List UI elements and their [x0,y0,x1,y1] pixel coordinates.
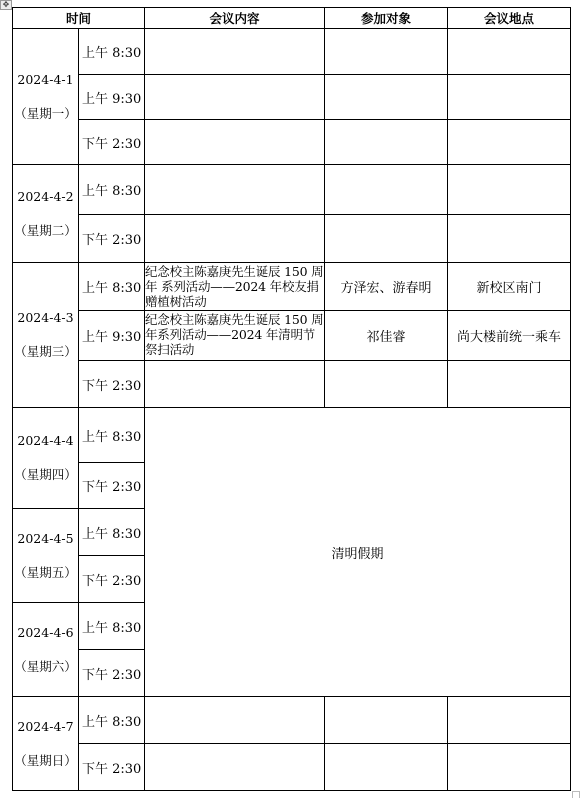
date: 2024-4-6 [13,616,78,650]
location-cell[interactable] [448,215,571,263]
attendees-cell[interactable] [325,120,448,165]
holiday-cell: 清明假期 [145,408,571,697]
content-cell[interactable] [145,744,325,791]
header-location: 会议地点 [448,8,571,29]
time-slot: 下午 2:30 [79,215,145,263]
content-cell[interactable] [145,120,325,165]
date: 2024-4-4 [13,424,78,458]
location-cell[interactable] [448,29,571,75]
weekday: （星期二） [13,214,78,248]
header-row: 时间 会议内容 参加对象 会议地点 [13,8,571,29]
time-slot: 上午 8:30 [79,263,145,311]
attendees-cell[interactable] [325,361,448,408]
table-row: 2024-4-1（星期一） 上午 8:30 [13,29,571,75]
content-cell[interactable]: 纪念校主陈嘉庚先生诞辰 150 周年系列活动——2024 年清明节祭扫活动 [145,311,325,361]
meeting-schedule-table: 时间 会议内容 参加对象 会议地点 2024-4-1（星期一） 上午 8:30 … [12,7,571,791]
content-cell[interactable] [145,697,325,744]
table-row: 2024-4-2（星期二） 上午 8:30 [13,165,571,215]
content-cell[interactable] [145,215,325,263]
time-slot: 上午 8:30 [79,603,145,650]
table-row: 下午 2:30 [13,361,571,408]
table-row: 下午 2:30 [13,215,571,263]
table-row: 下午 2:30 [13,120,571,165]
table-row: 下午 2:30 [13,744,571,791]
time-slot: 上午 8:30 [79,165,145,215]
table-resize-handle[interactable] [572,791,580,798]
location-cell[interactable] [448,165,571,215]
time-slot: 下午 2:30 [79,361,145,408]
content-cell[interactable] [145,165,325,215]
date: 2024-4-1 [13,63,78,97]
attendees-cell[interactable] [325,29,448,75]
location-cell[interactable]: 尚大楼前统一乘车 [448,311,571,361]
content-cell[interactable] [145,361,325,408]
location-cell[interactable] [448,744,571,791]
content-cell[interactable] [145,75,325,120]
table-row: 2024-4-4（星期四） 上午 8:30 清明假期 [13,408,571,463]
location-cell[interactable] [448,361,571,408]
date: 2024-4-5 [13,522,78,556]
weekday: （星期三） [13,335,78,369]
date-cell: 2024-4-2（星期二） [13,165,79,263]
table-row: 2024-4-7（星期日） 上午 8:30 [13,697,571,744]
header-time: 时间 [13,8,145,29]
weekday: （星期日） [13,744,78,778]
attendees-cell[interactable]: 祁佳睿 [325,311,448,361]
time-slot: 上午 8:30 [79,29,145,75]
date-cell: 2024-4-4（星期四） [13,408,79,509]
time-slot: 下午 2:30 [79,463,145,509]
time-slot: 上午 9:30 [79,311,145,361]
weekday: （星期五） [13,556,78,590]
date: 2024-4-2 [13,180,78,214]
location-cell[interactable] [448,120,571,165]
time-slot: 上午 8:30 [79,509,145,556]
date-cell: 2024-4-6（星期六） [13,603,79,697]
location-cell[interactable] [448,75,571,120]
header-content: 会议内容 [145,8,325,29]
attendees-cell[interactable]: 方泽宏、游春明 [325,263,448,311]
time-slot: 上午 8:30 [79,697,145,744]
date-cell: 2024-4-1（星期一） [13,29,79,165]
location-cell[interactable]: 新校区南门 [448,263,571,311]
attendees-cell[interactable] [325,744,448,791]
weekday: （星期一） [13,97,78,131]
attendees-cell[interactable] [325,697,448,744]
table-row: 上午 9:30 [13,75,571,120]
time-slot: 下午 2:30 [79,744,145,791]
date-cell: 2024-4-5（星期五） [13,509,79,603]
time-slot: 上午 9:30 [79,75,145,120]
table-row: 2024-4-3（星期三） 上午 8:30 纪念校主陈嘉庚先生诞辰 150 周年… [13,263,571,311]
location-cell[interactable] [448,697,571,744]
date-cell: 2024-4-3（星期三） [13,263,79,408]
date-cell: 2024-4-7（星期日） [13,697,79,791]
attendees-cell[interactable] [325,75,448,120]
time-slot: 下午 2:30 [79,556,145,603]
date: 2024-4-7 [13,710,78,744]
date: 2024-4-3 [13,301,78,335]
header-attendees: 参加对象 [325,8,448,29]
content-cell[interactable] [145,29,325,75]
table-row: 上午 9:30 纪念校主陈嘉庚先生诞辰 150 周年系列活动——2024 年清明… [13,311,571,361]
weekday: （星期六） [13,650,78,684]
attendees-cell[interactable] [325,215,448,263]
content-cell[interactable]: 纪念校主陈嘉庚先生诞辰 150 周年 系列活动——2024 年校友捐赠植树活动 [145,263,325,311]
weekday: （星期四） [13,458,78,492]
time-slot: 下午 2:30 [79,120,145,165]
time-slot: 上午 8:30 [79,408,145,463]
attendees-cell[interactable] [325,165,448,215]
table-move-handle-icon[interactable]: ✥ [0,0,12,10]
time-slot: 下午 2:30 [79,650,145,697]
